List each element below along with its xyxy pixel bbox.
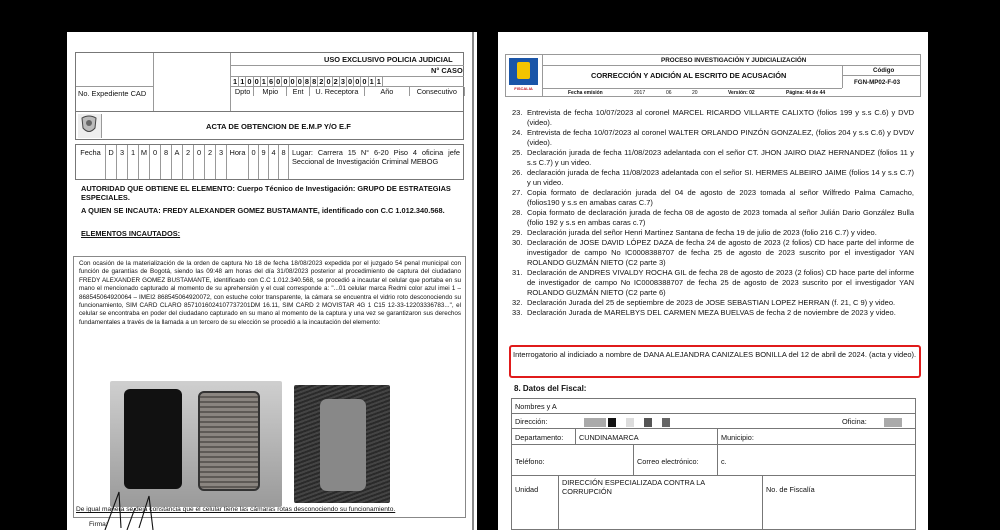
list-item-text: Declaración jurada del señor Henri Marti…: [527, 228, 877, 238]
direccion-label: Dirección:: [515, 417, 547, 426]
list-item-text: Copia formato de declaración jurada del …: [527, 188, 914, 208]
municipio-label: Municipio:: [721, 433, 754, 442]
signature-scribble: [97, 488, 177, 530]
fecha-cell: 8: [161, 145, 172, 179]
fecha-label: Fecha: [76, 145, 106, 179]
case-digit: 0: [275, 77, 282, 86]
redaction-block: [884, 418, 902, 427]
autoridad-text: AUTORIDAD QUE OBTIENE EL ELEMENTO: Cuerp…: [81, 184, 461, 202]
case-field-label: U. Receptora: [310, 87, 366, 96]
process-label: PROCESO INVESTIGACIÓN Y JUDICIALIZACIÓN: [661, 56, 806, 65]
page-edge-line: [472, 32, 474, 530]
list-item: 26.declaración jurada de fecha 11/08/202…: [512, 168, 914, 188]
list-item-text: declaración jurada de fecha 11/08/2023 a…: [527, 168, 914, 188]
list-item-number: 25.: [512, 148, 527, 168]
fiscalia-label: No. de Fiscalía: [766, 485, 815, 494]
list-item: 25.Declaración jurada de fecha 11/08/202…: [512, 148, 914, 168]
case-digit: 3: [340, 77, 347, 86]
fecha-emision-label: Fecha emisión: [568, 89, 603, 98]
highlighted-interrogatorio-text: Interrogatorio al indiciado a nombre de …: [513, 350, 918, 360]
fecha-cell: 2: [183, 145, 194, 179]
phone-front-photo: [124, 389, 182, 489]
lugar-text: Lugar: Carrera 15 N° 6-20 Piso 4 oficina…: [289, 145, 463, 179]
case-digit: 0: [282, 77, 289, 86]
list-item: 32.Declaración Jurada del 25 de septiemb…: [512, 298, 914, 308]
unidad-label: Unidad: [515, 485, 538, 494]
departamento-value: CUNDINAMARCA: [579, 433, 639, 442]
hora-cell: 9: [259, 145, 269, 179]
fecha-cell: D: [106, 145, 117, 179]
codigo-label: Código: [873, 66, 894, 75]
fecha-year: 2017: [634, 89, 645, 98]
case-field-label: Año: [365, 87, 409, 96]
case-digit: 0: [246, 77, 253, 86]
case-digit: 0: [361, 77, 368, 86]
pagina-label: Página: 44 de 44: [786, 89, 825, 98]
list-item-number: 27.: [512, 188, 527, 208]
list-item-text: Declaración Jurada del 25 de septiembre …: [527, 298, 895, 308]
list-item-number: 30.: [512, 238, 527, 268]
list-item: 33.Declaración Jurada de MARELBYS DEL CA…: [512, 308, 914, 318]
list-item: 29.Declaración jurada del señor Henri Ma…: [512, 228, 914, 238]
list-item-text: Entrevista de fecha 10/07/2023 al corone…: [527, 108, 914, 128]
case-number-digits: 110016000088202300011: [232, 77, 383, 86]
case-field-label: Consecutivo: [410, 87, 466, 96]
list-item: 23.Entrevista de fecha 10/07/2023 al cor…: [512, 108, 914, 128]
case-field-label: Mpio: [254, 87, 287, 96]
hora-label: Hora: [227, 145, 249, 179]
version-label: Versión: 02: [728, 89, 755, 98]
correo-label: Correo electrónico:: [637, 457, 699, 466]
fecha-cell: 3: [216, 145, 227, 179]
unidad-value: DIRECCIÓN ESPECIALIZADA CONTRA LA CORRUP…: [562, 478, 737, 496]
oficina-label: Oficina:: [842, 417, 867, 426]
fecha-cell: 2: [205, 145, 216, 179]
case-digit: 6: [268, 77, 275, 86]
redaction-block: [644, 418, 652, 427]
case-digit: 8: [304, 77, 311, 86]
list-item-text: Declaración de JOSE DAVID LÓPEZ DAZA de …: [527, 238, 914, 268]
document-title: CORRECCIÓN Y ADICIÓN AL ESCRITO DE ACUSA…: [591, 71, 786, 80]
case-header-table: USO EXCLUSIVO POLICIA JUDICIAL N° CASO 1…: [75, 52, 464, 112]
uso-exclusivo-label: USO EXCLUSIVO POLICIA JUDICIAL: [324, 55, 453, 64]
phone-case-photo: [198, 391, 260, 491]
fecha-cell: 1: [128, 145, 139, 179]
case-digit: 1: [261, 77, 268, 86]
expediente-label: No. Expediente CAD: [78, 89, 146, 98]
case-digit: 0: [254, 77, 261, 86]
list-item-text: Copia formato de declaración jurada de f…: [527, 208, 914, 228]
case-digit: 0: [325, 77, 332, 86]
case-digit: 0: [354, 77, 361, 86]
list-item: 24.Entrevista de fecha 10/07/2023 al cor…: [512, 128, 914, 148]
a-quien-se-incauta-text: A QUIEN SE INCAUTA: FREDY ALEXANDER GOME…: [81, 206, 461, 215]
datos-fiscal-heading: 8. Datos del Fiscal:: [514, 384, 586, 393]
list-item-text: Declaración de ANDRES VIVALDY ROCHA GIL …: [527, 268, 914, 298]
fiscalia-header-table: FISCALIA PROCESO INVESTIGACIÓN Y JUDICIA…: [505, 54, 921, 97]
acta-title: ACTA DE OBTENCION DE E.M.P Y/O E.F: [206, 122, 351, 131]
case-digit: 1: [369, 77, 376, 86]
fecha-cell: 0: [194, 145, 205, 179]
phone-back-photo-frame: [294, 385, 390, 503]
fecha-cell: A: [172, 145, 183, 179]
redaction-block: [584, 418, 606, 427]
fecha-hora-lugar-row: FechaD31M08A2023Hora0948Lugar: Carrera 1…: [75, 144, 464, 180]
case-digit: 1: [376, 77, 383, 86]
fecha-month: 06: [666, 89, 672, 98]
elementos-incautados-heading: ELEMENTOS INCAUTADOS:: [81, 229, 180, 238]
no-caso-label: N° CASO: [431, 66, 463, 75]
list-item-number: 28.: [512, 208, 527, 228]
case-digit: 0: [297, 77, 304, 86]
list-item-number: 24.: [512, 128, 527, 148]
case-digit: 8: [311, 77, 318, 86]
evidence-list: 23.Entrevista de fecha 10/07/2023 al cor…: [512, 108, 914, 318]
case-digit: 0: [347, 77, 354, 86]
fecha-cell: M: [139, 145, 150, 179]
case-digit: 1: [232, 77, 239, 86]
nombres-label: Nombres y A: [515, 402, 557, 411]
list-item: 30.Declaración de JOSE DAVID LÓPEZ DAZA …: [512, 238, 914, 268]
list-item: 27.Copia formato de declaración jurada d…: [512, 188, 914, 208]
case-digit: 2: [318, 77, 325, 86]
departamento-label: Departamento:: [515, 433, 563, 442]
case-field-label: Dpto: [232, 87, 254, 96]
fecha-day: 20: [692, 89, 698, 98]
fecha-cell: 3: [117, 145, 128, 179]
incautacion-paragraph: Con ocasión de la materialización de la …: [79, 260, 461, 327]
list-item-text: Declaración Jurada de MARELBYS DEL CARME…: [527, 308, 896, 318]
telefono-label: Teléfono:: [515, 457, 545, 466]
hora-cell: 0: [249, 145, 259, 179]
codigo-value: FGN-MP02-F-03: [854, 78, 900, 87]
list-item-text: Entrevista de fecha 10/07/2023 al corone…: [527, 128, 914, 148]
correo-value: c.: [721, 457, 727, 466]
case-field-label: Ent: [287, 87, 309, 96]
list-item-number: 31.: [512, 268, 527, 298]
list-item: 28.Copia formato de declaración jurada d…: [512, 208, 914, 228]
case-digit: 2: [333, 77, 340, 86]
elementos-body-box: Con ocasión de la materialización de la …: [73, 256, 466, 518]
acta-title-row: ACTA DE OBTENCION DE E.M.P Y/O E.F: [75, 112, 464, 140]
case-digit: 0: [290, 77, 297, 86]
fecha-cell: 0: [150, 145, 161, 179]
list-item: 31.Declaración de ANDRES VIVALDY ROCHA G…: [512, 268, 914, 298]
list-item-number: 33.: [512, 308, 527, 318]
colombia-coat-of-arms-icon: [78, 114, 102, 138]
list-item-number: 29.: [512, 228, 527, 238]
redaction-block: [608, 418, 616, 427]
case-digit: 1: [239, 77, 246, 86]
case-number-fields: DptoMpioEntU. ReceptoraAñoConsecutivo: [232, 87, 465, 96]
redaction-block: [662, 418, 670, 427]
redaction-block: [626, 418, 634, 427]
list-item-number: 32.: [512, 298, 527, 308]
hora-cell: 8: [279, 145, 289, 179]
fiscalia-logo-icon: FISCALIA: [509, 58, 538, 92]
list-item-number: 23.: [512, 108, 527, 128]
acta-document-page: USO EXCLUSIVO POLICIA JUDICIAL N° CASO 1…: [67, 32, 477, 530]
hora-cell: 4: [269, 145, 279, 179]
phone-back-photo: [320, 399, 366, 491]
acusacion-document-page: FISCALIA PROCESO INVESTIGACIÓN Y JUDICIA…: [498, 32, 928, 530]
fiscal-data-table: Nombres y A Dirección: Oficina: Departam…: [511, 398, 916, 530]
list-item-number: 26.: [512, 168, 527, 188]
list-item-text: Declaración jurada de fecha 11/08/2023 a…: [527, 148, 914, 168]
